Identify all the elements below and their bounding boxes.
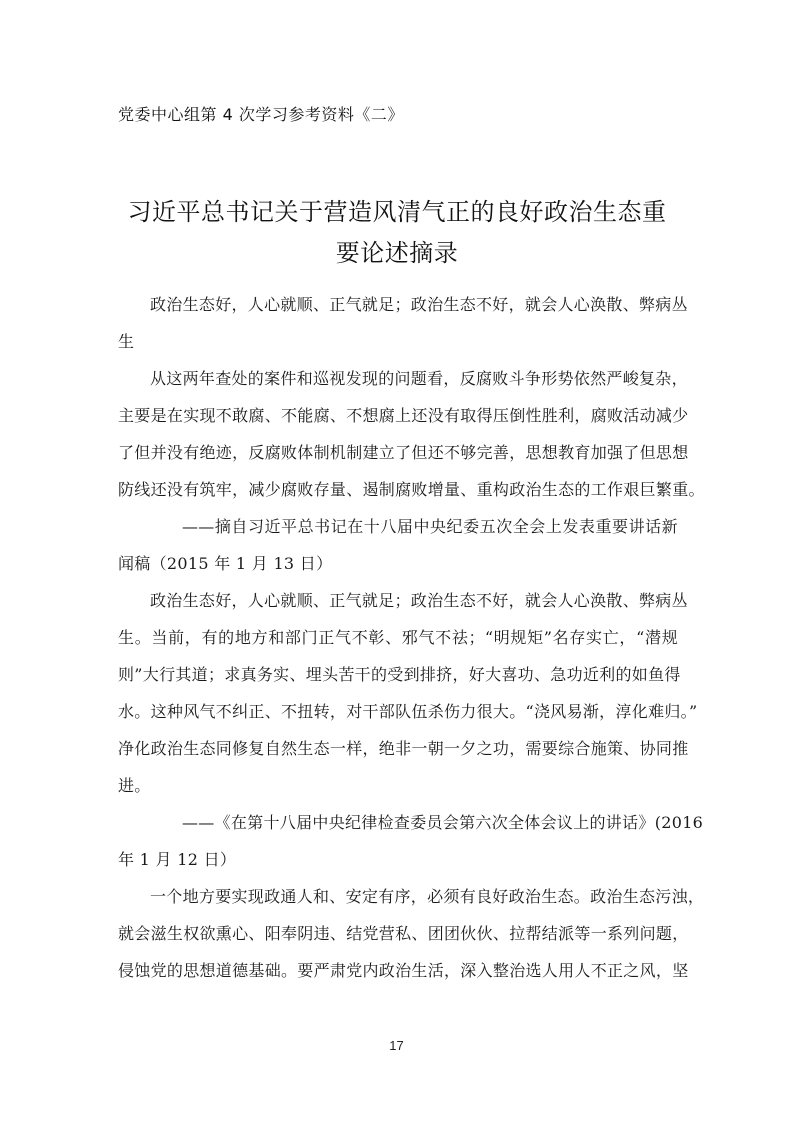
paragraph-line: 政治生态好，人心就顺、正气就足；政治生态不好，就会人心涣散、弊病丛 [118,582,678,619]
title-line-2: 要论述摘录 [112,233,682,274]
paragraph-line: 就会滋生权欲熏心、阳奉阴违、结党营私、团团伙伙、拉帮结派等一系列问题， [118,915,678,952]
document-page: 党委中心组第 4 次学习参考资料《二》 习近平总书记关于营造风清气正的良好政治生… [0,0,793,1122]
paragraph-line: 侵蚀党的思想道德基础。要严肃党内政治生活，深入整治选人用人不正之风，坚 [118,952,678,989]
paragraph-line: 水。这种风气不纠正、不扭转，对干部队伍杀伤力很大。“浇风易渐，淳化难归。” [118,693,678,730]
source-citation-line: ——摘自习近平总书记在十八届中央纪委五次全会上发表重要讲话新 [118,508,678,545]
paragraph-line: 从这两年查处的案件和巡视发现的问题看，反腐败斗争形势依然严峻复杂， [118,360,678,397]
source-citation-line: ——《在第十八届中央纪律检查委员会第六次全体会议上的讲话》(2016 [118,804,678,841]
paragraph-line: 生 [118,323,678,360]
paragraph-line: 政治生态好，人心就顺、正气就足；政治生态不好，就会人心涣散、弊病丛 [118,286,678,323]
document-title: 习近平总书记关于营造风清气正的良好政治生态重 要论述摘录 [112,192,682,274]
paragraph-line: 了但并没有绝迹，反腐败体制机制建立了但还不够完善，思想教育加强了但思想 [118,434,678,471]
source-citation-line: 年 1 月 12 日） [118,841,678,878]
page-number: 17 [0,1038,793,1053]
paragraph-line: 生。当前，有的地方和部门正气不彰、邪气不祛；“明规矩”名存实亡，“潜规 [118,619,678,656]
paragraph-line: 一个地方要实现政通人和、安定有序，必须有良好政治生态。政治生态污浊， [118,878,678,915]
source-citation-line: 闻稿（2015 年 1 月 13 日） [118,545,678,582]
paragraph-line: 主要是在实现不敢腐、不能腐、不想腐上还没有取得压倒性胜利，腐败活动减少 [118,397,678,434]
series-header: 党委中心组第 4 次学习参考资料《二》 [118,103,404,127]
paragraph-line: 净化政治生态同修复自然生态一样，绝非一朝一夕之功，需要综合施策、协同推 [118,730,678,767]
paragraph-line: 进。 [118,767,678,804]
paragraph-line: 防线还没有筑牢，减少腐败存量、遏制腐败增量、重构政治生态的工作艰巨繁重。 [118,471,678,508]
document-body: 政治生态好，人心就顺、正气就足；政治生态不好，就会人心涣散、弊病丛 生 从这两年… [118,286,678,989]
title-line-1: 习近平总书记关于营造风清气正的良好政治生态重 [112,192,682,233]
paragraph-line: 则”大行其道；求真务实、埋头苦干的受到排挤，好大喜功、急功近利的如鱼得 [118,656,678,693]
